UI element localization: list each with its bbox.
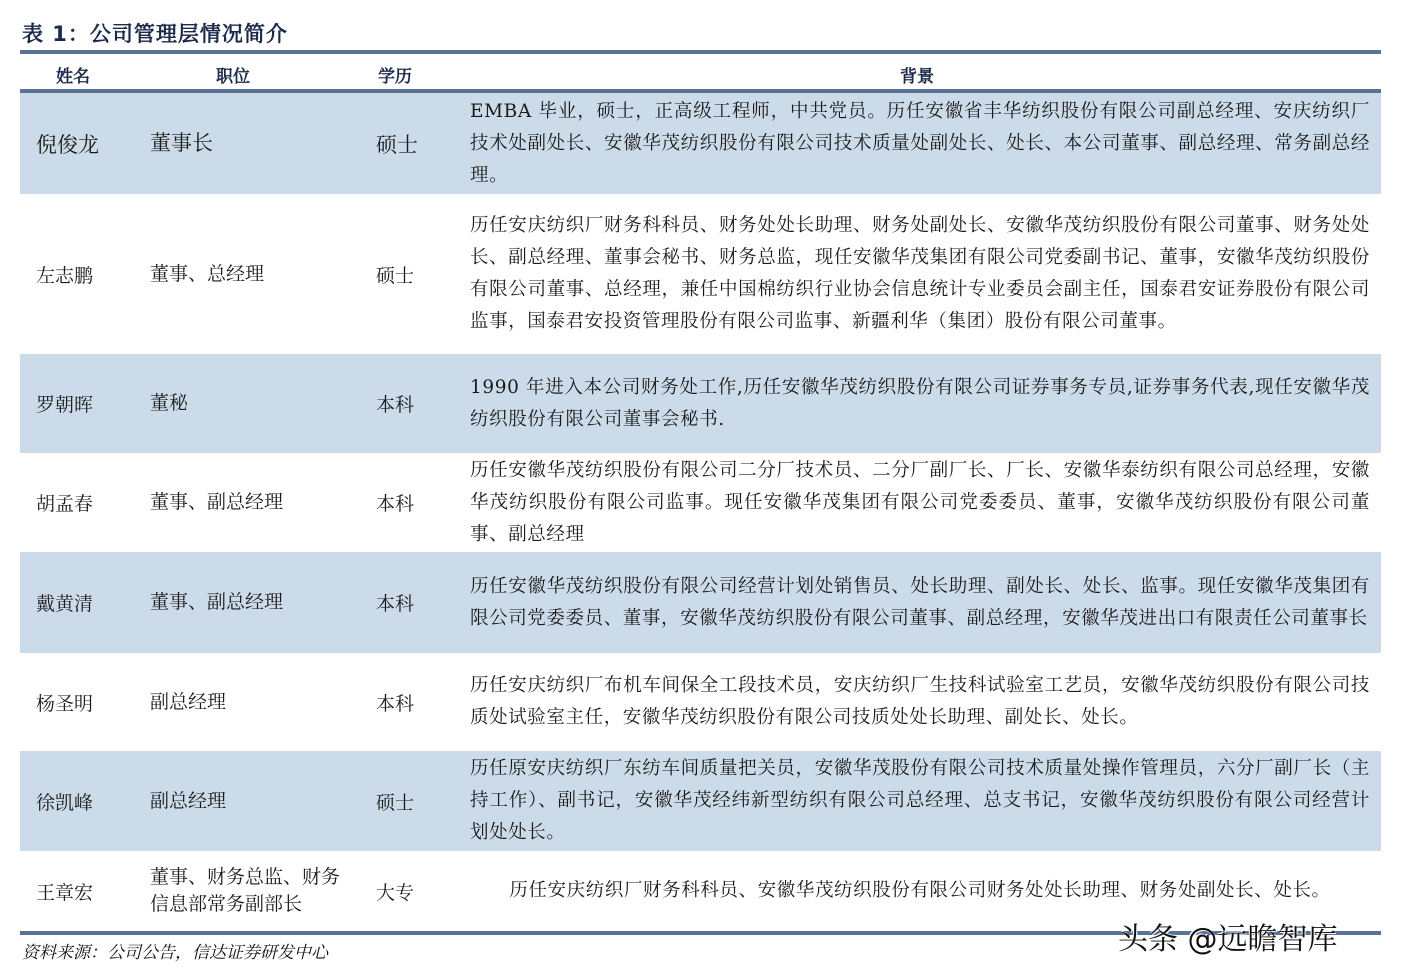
cell-education: 大专 — [376, 851, 446, 931]
watermark: 头条 @远瞻智库 — [1118, 914, 1338, 958]
top-rule — [20, 50, 1381, 54]
cell-name: 徐凯峰 — [36, 751, 146, 851]
cell-name: 杨圣明 — [36, 653, 146, 751]
cell-position: 董事、副总经理 — [150, 552, 350, 653]
table-row: 胡孟春 董事、副总经理 本科 历任安徽华茂纺织股份有限公司二分厂技术员、二分厂副… — [20, 453, 1381, 552]
cell-background: 历任安徽华茂纺织股份有限公司经营计划处销售员、处长助理、副处长、处长、监事。现任… — [470, 552, 1370, 653]
cell-background: 历任安庆纺织厂布机车间保全工段技术员，安庆纺织厂生技科试验室工艺员，安徽华茂纺织… — [470, 653, 1370, 751]
header-name: 姓名 — [56, 62, 90, 87]
cell-position: 副总经理 — [150, 751, 350, 851]
cell-position: 董秘 — [150, 354, 350, 453]
cell-education: 本科 — [376, 354, 446, 453]
cell-background: 历任安徽华茂纺织股份有限公司二分厂技术员、二分厂副厂长、厂长、安徽华泰纺织有限公… — [470, 453, 1370, 552]
cell-name: 左志鹏 — [36, 194, 146, 354]
cell-name: 王章宏 — [36, 851, 146, 931]
table-row: 戴黄清 董事、副总经理 本科 历任安徽华茂纺织股份有限公司经营计划处销售员、处长… — [20, 552, 1381, 653]
cell-position: 董事、财务总监、财务信息部常务副部长 — [150, 851, 340, 931]
cell-education: 本科 — [376, 653, 446, 751]
table-header: 姓名 职位 学历 背景 — [20, 55, 1381, 89]
cell-education: 硕士 — [376, 751, 446, 851]
cell-education: 本科 — [376, 552, 446, 653]
source-note: 资料来源：公司公告，信达证券研发中心 — [22, 938, 328, 963]
table-row: 罗朝晖 董秘 本科 1990 年进入本公司财务处工作,历任安徽华茂纺织股份有限公… — [20, 354, 1381, 453]
cell-name: 罗朝晖 — [36, 354, 146, 453]
cell-name: 戴黄清 — [36, 552, 146, 653]
cell-position: 董事、总经理 — [150, 194, 350, 354]
cell-background: 历任安庆纺织厂财务科科员、财务处处长助理、财务处副处长、安徽华茂纺织股份有限公司… — [470, 194, 1370, 354]
table-row: 杨圣明 副总经理 本科 历任安庆纺织厂布机车间保全工段技术员，安庆纺织厂生技科试… — [20, 653, 1381, 751]
header-background: 背景 — [900, 62, 934, 87]
cell-background: 历任原安庆纺织厂东纺车间质量把关员，安徽华茂股份有限公司技术质量处操作管理员，六… — [470, 751, 1370, 851]
header-education: 学历 — [378, 62, 412, 87]
table-title: 表 1：公司管理层情况简介 — [22, 18, 288, 48]
header-position: 职位 — [216, 62, 250, 87]
cell-education: 硕士 — [376, 194, 446, 354]
cell-name: 胡孟春 — [36, 453, 146, 552]
cell-position: 副总经理 — [150, 653, 350, 751]
cell-background: 1990 年进入本公司财务处工作,历任安徽华茂纺织股份有限公司证券事务专员,证券… — [470, 354, 1370, 453]
table-row: 徐凯峰 副总经理 硕士 历任原安庆纺织厂东纺车间质量把关员，安徽华茂股份有限公司… — [20, 751, 1381, 851]
cell-education: 硕士 — [376, 93, 446, 194]
cell-education: 本科 — [376, 453, 446, 552]
cell-position: 董事长 — [150, 93, 350, 194]
cell-name: 倪俊龙 — [36, 93, 146, 194]
table-row: 倪俊龙 董事长 硕士 EMBA 毕业，硕士，正高级工程师，中共党员。历任安徽省丰… — [20, 93, 1381, 194]
cell-position: 董事、副总经理 — [150, 453, 350, 552]
table-row: 左志鹏 董事、总经理 硕士 历任安庆纺织厂财务科科员、财务处处长助理、财务处副处… — [20, 194, 1381, 354]
cell-background: EMBA 毕业，硕士，正高级工程师，中共党员。历任安徽省丰华纺织股份有限公司副总… — [470, 93, 1370, 194]
